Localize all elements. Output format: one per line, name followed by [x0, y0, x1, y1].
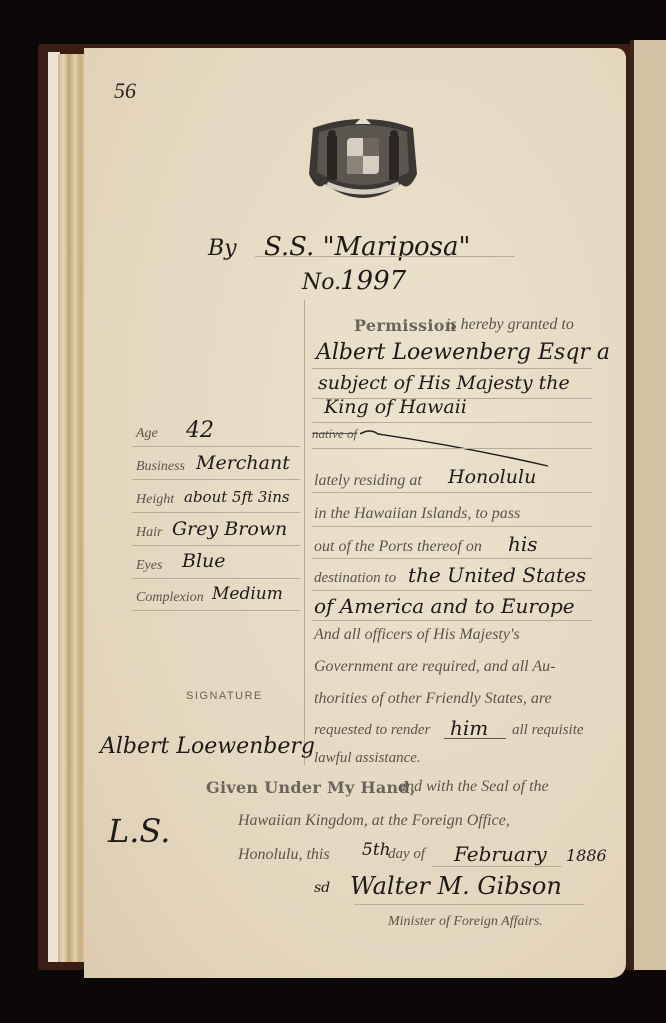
- rule: [312, 558, 592, 559]
- minister-signature: Walter M. Gibson: [350, 872, 562, 900]
- business-label: Business: [136, 459, 185, 475]
- ports-value: his: [508, 532, 538, 556]
- age-value: 42: [186, 418, 214, 443]
- rule: [132, 610, 300, 611]
- hair-value: Grey Brown: [172, 518, 287, 540]
- rule: [444, 738, 506, 739]
- rule: [132, 446, 300, 447]
- rule: [132, 578, 300, 579]
- bearer-signature: Albert Loewenberg: [100, 734, 315, 759]
- page-stack: [58, 54, 86, 962]
- eyes-label: Eyes: [136, 558, 162, 574]
- by-label: By: [208, 236, 237, 261]
- destination-label: destination to: [314, 570, 396, 587]
- grantee-name: Albert Loewenberg Esqr a: [316, 340, 610, 365]
- ship-name: S.S. "Mariposa": [264, 232, 471, 262]
- subject-line-1: subject of His Majesty the: [318, 372, 570, 394]
- ports-text: out of the Ports thereof on: [314, 538, 482, 556]
- rule: [312, 422, 592, 423]
- rule: [312, 526, 592, 527]
- render-rest: all requisite: [512, 722, 584, 739]
- column-divider: [304, 300, 305, 765]
- rule: [312, 368, 592, 369]
- render-label: requested to render: [314, 722, 430, 739]
- given-heading: Given Under My Hand,: [206, 778, 416, 797]
- destination-value-2: of America and to Europe: [314, 594, 575, 618]
- given-year: 1886: [566, 846, 607, 865]
- rule: [354, 904, 584, 905]
- given-day: 5th: [362, 840, 391, 860]
- officers-line-2: Government are required, and all Au-: [314, 658, 555, 676]
- page-number: 56: [114, 78, 136, 104]
- signed-prefix: sd: [314, 880, 330, 896]
- ship-line: [255, 256, 515, 257]
- given-line-2: Hawaiian Kingdom, at the Foreign Office,: [238, 812, 510, 830]
- rule: [432, 866, 562, 867]
- residing-value: Honolulu: [448, 466, 536, 488]
- rule: [132, 479, 300, 480]
- rule: [312, 448, 592, 449]
- rule: [132, 545, 300, 546]
- register-number: 1997: [340, 266, 406, 296]
- destination-value-1: the United States: [408, 563, 586, 587]
- permission-heading: Permission: [354, 316, 457, 335]
- rule: [132, 512, 300, 513]
- complexion-label: Complexion: [136, 590, 204, 606]
- day-of-label: day of: [388, 846, 425, 863]
- given-month: February: [454, 842, 547, 866]
- islands-text: in the Hawaiian Islands, to pass: [314, 505, 520, 523]
- complexion-value: Medium: [212, 584, 283, 604]
- locus-sigilli: L.S.: [108, 812, 170, 850]
- given-place: Honolulu, this: [238, 846, 330, 864]
- signature-caption: SIGNATURE: [186, 690, 263, 702]
- hair-label: Hair: [136, 525, 162, 541]
- minister-title: Minister of Foreign Affairs.: [388, 914, 543, 930]
- age-label: Age: [136, 426, 158, 442]
- rule: [312, 492, 592, 493]
- assistance-text: lawful assistance.: [314, 750, 421, 767]
- rule: [312, 590, 592, 591]
- permission-text: is hereby granted to: [446, 316, 574, 334]
- residing-label: lately residing at: [314, 472, 422, 490]
- native-of-label: native of: [312, 426, 357, 442]
- height-value: about 5ft 3ins: [184, 488, 290, 506]
- render-value: him: [450, 716, 488, 740]
- number-label: No.: [302, 270, 341, 295]
- business-value: Merchant: [196, 452, 290, 474]
- officers-line-1: And all officers of His Majesty's: [314, 626, 520, 644]
- eyes-value: Blue: [182, 550, 226, 572]
- adjacent-page: [630, 40, 666, 970]
- subject-line-2: King of Hawaii: [324, 396, 467, 418]
- officers-line-3: thorities of other Friendly States, are: [314, 690, 552, 708]
- height-label: Height: [136, 492, 174, 508]
- given-line-1: and with the Seal of the: [398, 778, 549, 796]
- rule: [312, 620, 592, 621]
- coat-of-arms-seal-icon: [305, 114, 421, 206]
